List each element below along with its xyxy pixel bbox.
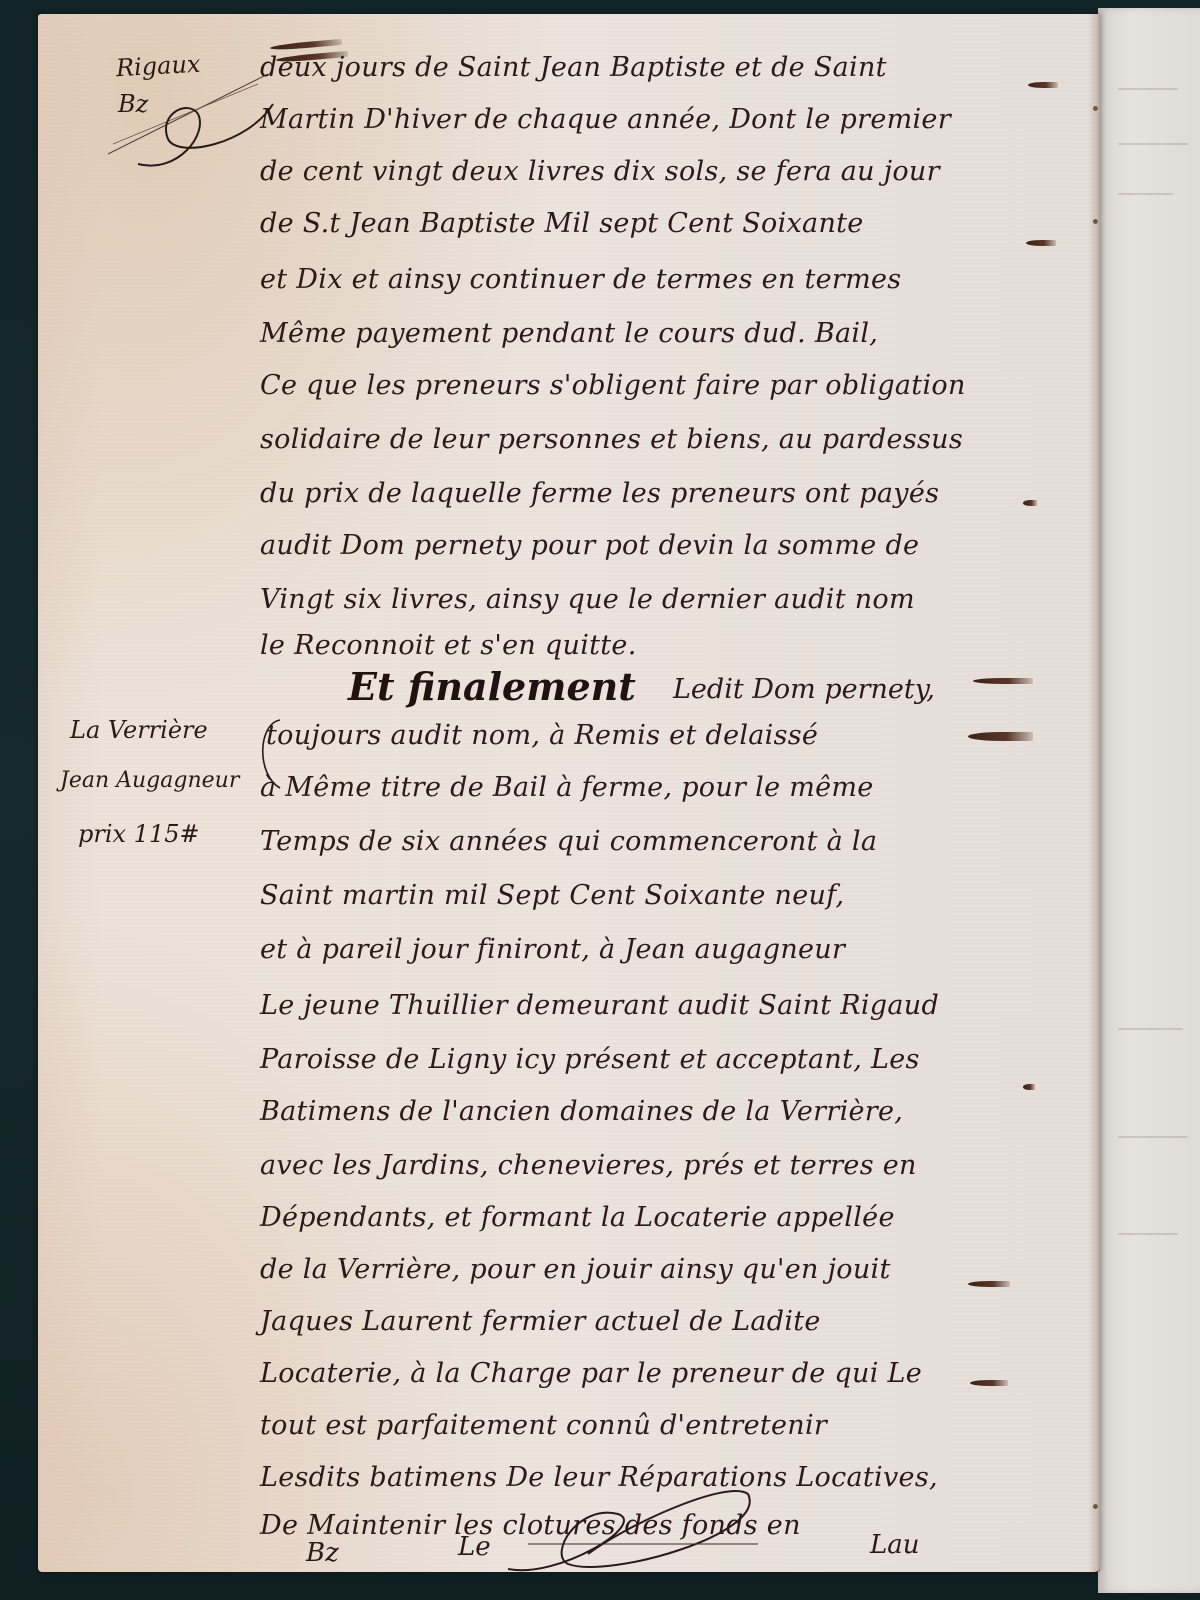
text-line: Jaques Laurent fermier actuel de Ladite: [260, 1306, 821, 1337]
text-line: Locaterie, à la Charge par le preneur de…: [260, 1358, 922, 1389]
text-line: Vingt six livres, ainsy que le dernier a…: [260, 584, 915, 615]
text-line: à Même titre de Bail à ferme, pour le mê…: [260, 772, 874, 803]
text-line: Ce que les preneurs s'obligent faire par…: [260, 370, 966, 401]
ink-stroke-mark: [1028, 82, 1058, 88]
ink-stroke-mark: [968, 1281, 1010, 1287]
text-line: Saint martin mil Sept Cent Soixante neuf…: [260, 880, 844, 911]
text-line: avec les Jardins, chenevieres, prés et t…: [260, 1150, 917, 1181]
text-line: de la Verrière, pour en jouir ainsy qu'e…: [260, 1254, 891, 1285]
bleed-through-ink: [1118, 193, 1173, 195]
text-line: Le jeune Thuillier demeurant audit Saint…: [260, 990, 939, 1021]
text-line: du prix de laquelle ferme les preneurs o…: [260, 478, 939, 509]
bleed-through-ink: [1118, 1028, 1183, 1030]
text-line: et Dix et ainsy continuer de termes en t…: [260, 264, 901, 295]
section-heading: Et finalement: [348, 664, 636, 709]
text-line: tout est parfaitement connû d'entretenir: [260, 1410, 827, 1441]
binding-stitch: [1093, 219, 1098, 224]
text-line: et à pareil jour finiront, à Jean augagn…: [260, 934, 845, 965]
ink-stroke-mark: [1023, 500, 1037, 506]
signature-left: Bz: [306, 1538, 339, 1568]
text-line: de cent vingt deux livres dix sols, se f…: [260, 156, 940, 187]
ink-stroke-mark: [1026, 240, 1056, 246]
ink-stroke-mark: [968, 732, 1033, 741]
facing-page: [1098, 8, 1200, 1593]
binding-stitch: [1093, 106, 1098, 111]
text-line: Paroisse de Ligny icy présent et accepta…: [260, 1044, 920, 1075]
text-line: Temps de six années qui commenceront à l…: [260, 826, 877, 857]
margin-note-price: prix 115#: [78, 820, 200, 848]
ink-stroke-mark: [1023, 1084, 1035, 1090]
text-line: Batimens de l'ancien domaines de la Verr…: [260, 1096, 903, 1127]
bleed-through-ink: [1118, 1233, 1178, 1235]
margin-note-la-verriere: La Verrière: [70, 716, 208, 744]
text-line: le Reconnoit et s'en quitte.: [260, 630, 637, 661]
signature-right: Lau: [870, 1530, 920, 1560]
bleed-through-ink: [1118, 143, 1188, 145]
bleed-through-ink: [1118, 88, 1178, 90]
ink-stroke-mark: [973, 678, 1033, 684]
text-line: solidaire de leur personnes et biens, au…: [260, 424, 963, 455]
ink-stroke-mark: [970, 1380, 1008, 1386]
heading-continuation: Ledit Dom pernety,: [673, 674, 935, 705]
text-line: Martin D'hiver de chaque année, Dont le …: [260, 104, 951, 135]
text-line: toujours audit nom, à Remis et delaissé: [266, 720, 818, 751]
text-line: deux jours de Saint Jean Baptiste et de …: [260, 52, 887, 83]
text-line: Dépendants, et formant la Locaterie appe…: [260, 1202, 895, 1233]
margin-note-jean-augagneur: Jean Augagneur: [60, 768, 239, 793]
text-line: de S.t Jean Baptiste Mil sept Cent Soixa…: [260, 208, 864, 239]
text-line: Même payement pendant le cours dud. Bail…: [260, 318, 878, 349]
text-line: audit Dom pernety pour pot devin la somm…: [260, 530, 919, 561]
signature-paraph: [468, 1484, 788, 1584]
manuscript-page: Rigaux Bz La Verrière Jean Augagneur pri…: [38, 14, 1100, 1572]
binding-stitch: [1093, 1504, 1098, 1509]
bleed-through-ink: [1118, 1136, 1188, 1138]
